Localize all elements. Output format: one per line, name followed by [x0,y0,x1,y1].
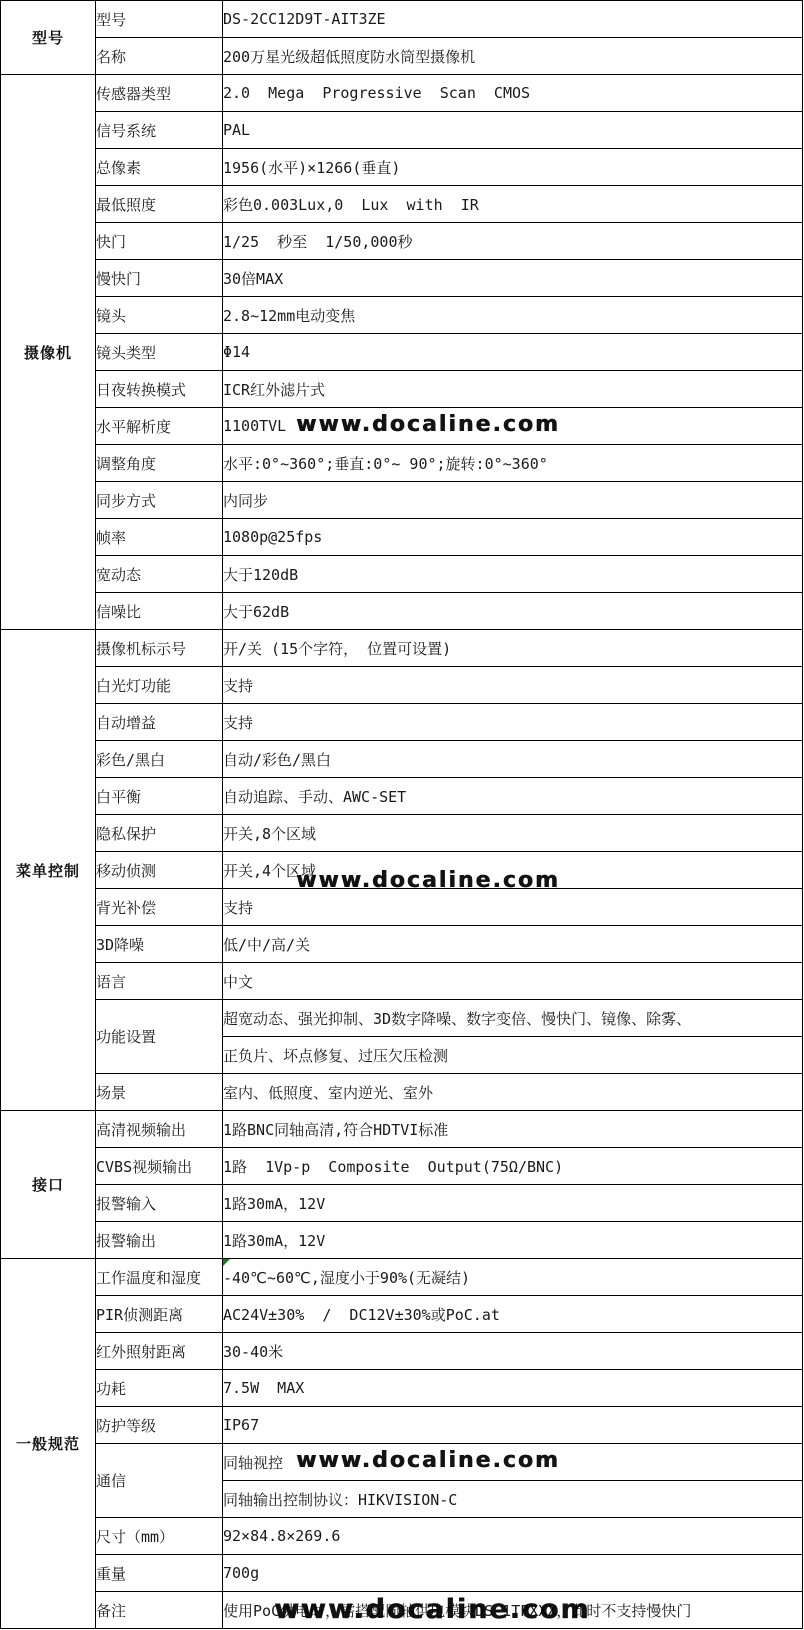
table-row: 快门1/25 秒至 1/50,000秒 [1,223,803,260]
table-row: 镜头2.8~12mm电动变焦 [1,297,803,334]
spec-value: 92×84.8×269.6 [223,1518,803,1555]
table-row: CVBS视频输出1路 1Vp-p Composite Output(75Ω/BN… [1,1148,803,1185]
spec-value: 低/中/高/关 [223,926,803,963]
spec-label: 快门 [96,223,223,260]
table-row: 信号系统PAL [1,112,803,149]
table-row: 红外照射距离30-40米 [1,1333,803,1370]
table-row: 通信同轴视控 [1,1444,803,1481]
spec-value: 自动追踪、手动、AWC-SET [223,778,803,815]
table-row: 慢快门30倍MAX [1,260,803,297]
spec-label: 自动增益 [96,704,223,741]
spec-value: 开/关 (15个字符， 位置可设置) [223,630,803,667]
spec-label: 移动侦测 [96,852,223,889]
category-cell: 摄像机 [1,75,96,630]
spec-label: 高清视频输出 [96,1111,223,1148]
spec-label: 报警输入 [96,1185,223,1222]
spec-label: 帧率 [96,519,223,556]
table-row: 背光补偿支持 [1,889,803,926]
spec-label: 最低照度 [96,186,223,223]
spec-label: 白平衡 [96,778,223,815]
spec-value: 支持 [223,667,803,704]
spec-label: 镜头类型 [96,334,223,371]
spec-value: 30倍MAX [223,260,803,297]
spec-label: PIR侦测距离 [96,1296,223,1333]
spec-label: 备注 [96,1592,223,1629]
table-row: 备注使用PoC供电时，需搭配同轴供电模块DS-1TPXXX，此时不支持慢快门 [1,1592,803,1629]
spec-label: 信噪比 [96,593,223,630]
spec-value: 1956(水平)×1266(垂直) [223,149,803,186]
spec-label: 日夜转换模式 [96,371,223,408]
table-row: 隐私保护开关,8个区域 [1,815,803,852]
table-row: 帧率1080p@25fps [1,519,803,556]
spec-value: IP67 [223,1407,803,1444]
table-row: 日夜转换模式ICR红外滤片式 [1,371,803,408]
spec-value: 1100TVL [223,408,803,445]
category-cell: 接口 [1,1111,96,1259]
spec-table-body: 型号型号DS-2CC12D9T-AIT3ZE名称200万星光级超低照度防水筒型摄… [1,1,803,1629]
spec-value: 1路BNC同轴高清,符合HDTVI标准 [223,1111,803,1148]
spec-label: 白光灯功能 [96,667,223,704]
spec-value: 同轴视控 [223,1444,803,1481]
table-row: 宽动态大于120dB [1,556,803,593]
spec-label: 尺寸（mm） [96,1518,223,1555]
spec-value: 200万星光级超低照度防水筒型摄像机 [223,38,803,75]
spec-label: 名称 [96,38,223,75]
spec-value: 大于62dB [223,593,803,630]
table-row: 型号型号DS-2CC12D9T-AIT3ZE [1,1,803,38]
category-cell: 一般规范 [1,1259,96,1629]
table-row: PIR侦测距离AC24V±30% / DC12V±30%或PoC.at [1,1296,803,1333]
spec-value: AC24V±30% / DC12V±30%或PoC.at [223,1296,803,1333]
table-row: 重量700g [1,1555,803,1592]
spec-value: 开关,4个区域 [223,852,803,889]
spec-value: 大于120dB [223,556,803,593]
table-row: 总像素1956(水平)×1266(垂直) [1,149,803,186]
spec-value: 支持 [223,889,803,926]
spec-value: 2.0 Mega Progressive Scan CMOS [223,75,803,112]
table-row: 接口高清视频输出1路BNC同轴高清,符合HDTVI标准 [1,1111,803,1148]
spec-label: 型号 [96,1,223,38]
table-row: 水平解析度1100TVL [1,408,803,445]
spec-label: 传感器类型 [96,75,223,112]
spec-value-with-comment-marker: -40℃~60℃,湿度小于90%(无凝结) [223,1259,803,1296]
spec-value: 水平:0°~360°;垂直:0°~ 90°;旋转:0°~360° [223,445,803,482]
spec-label: 功耗 [96,1370,223,1407]
table-row: 尺寸（mm）92×84.8×269.6 [1,1518,803,1555]
spec-value: 1/25 秒至 1/50,000秒 [223,223,803,260]
category-cell: 型号 [1,1,96,75]
spec-value: 自动/彩色/黑白 [223,741,803,778]
spec-value: 彩色0.003Lux,0 Lux with IR [223,186,803,223]
table-row: 移动侦测开关,4个区域 [1,852,803,889]
spec-value: 室内、低照度、室内逆光、室外 [223,1074,803,1111]
spec-label: 场景 [96,1074,223,1111]
spec-value: 1080p@25fps [223,519,803,556]
spec-label: 水平解析度 [96,408,223,445]
spec-label: 彩色/黑白 [96,741,223,778]
spec-label: 摄像机标示号 [96,630,223,667]
spec-label: 慢快门 [96,260,223,297]
spec-label: CVBS视频输出 [96,1148,223,1185]
spec-label: 功能设置 [96,1000,223,1074]
spec-value: Φ14 [223,334,803,371]
table-row: 最低照度彩色0.003Lux,0 Lux with IR [1,186,803,223]
table-row: 同步方式内同步 [1,482,803,519]
spec-value: 内同步 [223,482,803,519]
table-row: 场景室内、低照度、室内逆光、室外 [1,1074,803,1111]
spec-label: 重量 [96,1555,223,1592]
spec-label: 报警输出 [96,1222,223,1259]
table-row: 白光灯功能支持 [1,667,803,704]
spec-sheet: 型号型号DS-2CC12D9T-AIT3ZE名称200万星光级超低照度防水筒型摄… [0,0,804,1630]
table-row: 功能设置超宽动态、强光抑制、3D数字降噪、数字变倍、慢快门、镜像、除雾、 [1,1000,803,1037]
spec-value: 700g [223,1555,803,1592]
spec-label: 调整角度 [96,445,223,482]
spec-value: 中文 [223,963,803,1000]
table-row: 调整角度水平:0°~360°;垂直:0°~ 90°;旋转:0°~360° [1,445,803,482]
table-row: 自动增益支持 [1,704,803,741]
table-row: 彩色/黑白自动/彩色/黑白 [1,741,803,778]
spec-value: 1路30mA，12V [223,1222,803,1259]
table-row: 防护等级IP67 [1,1407,803,1444]
spec-label: 总像素 [96,149,223,186]
spec-value: 开关,8个区域 [223,815,803,852]
spec-label: 通信 [96,1444,223,1518]
spec-label: 宽动态 [96,556,223,593]
spec-label: 防护等级 [96,1407,223,1444]
spec-value: 使用PoC供电时，需搭配同轴供电模块DS-1TPXXX，此时不支持慢快门 [223,1592,803,1629]
spec-label: 同步方式 [96,482,223,519]
spec-label: 语言 [96,963,223,1000]
spec-table: 型号型号DS-2CC12D9T-AIT3ZE名称200万星光级超低照度防水筒型摄… [0,0,803,1629]
table-row: 报警输入1路30mA，12V [1,1185,803,1222]
spec-value: PAL [223,112,803,149]
spec-label: 背光补偿 [96,889,223,926]
spec-label: 红外照射距离 [96,1333,223,1370]
table-row: 信噪比大于62dB [1,593,803,630]
spec-value: DS-2CC12D9T-AIT3ZE [223,1,803,38]
table-row: 名称200万星光级超低照度防水筒型摄像机 [1,38,803,75]
table-row: 语言中文 [1,963,803,1000]
table-row: 摄像机传感器类型2.0 Mega Progressive Scan CMOS [1,75,803,112]
spec-value: 支持 [223,704,803,741]
table-row: 功耗7.5W MAX [1,1370,803,1407]
spec-value: 1路30mA，12V [223,1185,803,1222]
spec-label: 隐私保护 [96,815,223,852]
table-row: 报警输出1路30mA，12V [1,1222,803,1259]
spec-label: 3D降噪 [96,926,223,963]
spec-value: 30-40米 [223,1333,803,1370]
spec-label: 镜头 [96,297,223,334]
category-cell: 菜单控制 [1,630,96,1111]
table-row: 3D降噪低/中/高/关 [1,926,803,963]
spec-value: ICR红外滤片式 [223,371,803,408]
table-row: 一般规范工作温度和湿度-40℃~60℃,湿度小于90%(无凝结) [1,1259,803,1296]
table-row: 镜头类型Φ14 [1,334,803,371]
spec-value: 1路 1Vp-p Composite Output(75Ω/BNC) [223,1148,803,1185]
spec-value: 2.8~12mm电动变焦 [223,297,803,334]
table-row: 菜单控制摄像机标示号开/关 (15个字符， 位置可设置) [1,630,803,667]
spec-value: 同轴输出控制协议：HIKVISION-C [223,1481,803,1518]
spec-value: 超宽动态、强光抑制、3D数字降噪、数字变倍、慢快门、镜像、除雾、 [223,1000,803,1037]
spec-value: 正负片、坏点修复、过压欠压检测 [223,1037,803,1074]
table-row: 白平衡自动追踪、手动、AWC-SET [1,778,803,815]
spec-label: 信号系统 [96,112,223,149]
spec-value: 7.5W MAX [223,1370,803,1407]
spec-label: 工作温度和湿度 [96,1259,223,1296]
